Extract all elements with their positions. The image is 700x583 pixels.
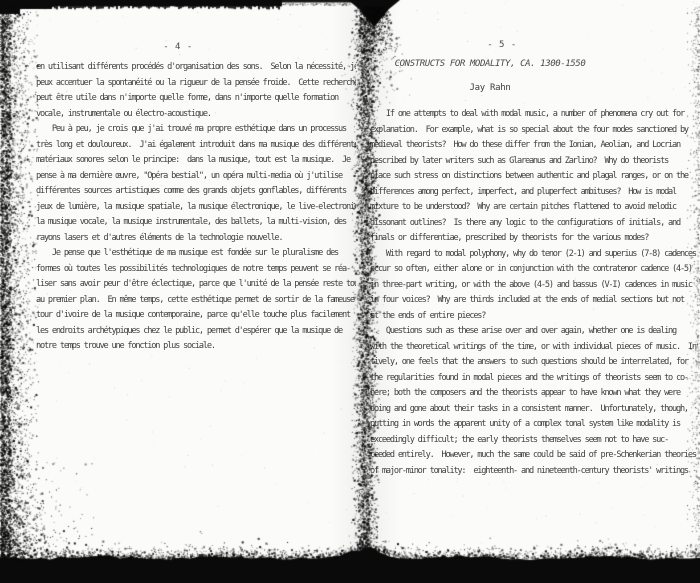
text-line: exceedingly difficult; the early theoris… — [370, 433, 698, 449]
left-page-number: - 4 - — [148, 42, 208, 52]
text-line: en utilisant différents procédés d'organ… — [36, 60, 356, 76]
text-line: très long et douloureux. J'ai également … — [36, 138, 356, 154]
text-line: tively, one feels that the answers to su… — [370, 355, 698, 371]
text-line: occur so often, either alone or in conju… — [370, 262, 698, 278]
text-line: dissonant outlines? Is there any logic t… — [370, 216, 698, 232]
text-line: peut être utile dans n'importe quelle fo… — [36, 91, 356, 107]
text-line: doing and gone about their tasks in a co… — [370, 402, 698, 418]
article-title: CONSTRUCTS FOR MODALITY, CA. 1300-1550 — [340, 59, 640, 69]
text-line: mixture to be understood? Why are certai… — [370, 200, 698, 216]
text-line: medieval theorists? How do these differ … — [370, 138, 698, 154]
right-page-text: If one attempts to deal with modal music… — [370, 107, 698, 481]
text-line: tour d'ivoire de la musique contemporain… — [36, 308, 356, 324]
text-line: in three-part writing, or with the above… — [370, 278, 698, 294]
text-line: la musique vocale, la musique instrument… — [36, 215, 356, 231]
text-line: described by later writers such as Glare… — [370, 154, 698, 170]
text-line: the regularities found in modal pieces a… — [370, 371, 698, 387]
text-line: explanation. For example, what is so spe… — [370, 123, 698, 139]
text-line: in four voices? Why are thirds included … — [370, 293, 698, 309]
text-line: différentes sources artistiques comme de… — [36, 184, 356, 200]
text-line: ceeded entirely. However, much the same … — [370, 448, 698, 464]
text-line: here; both the composers and the theoris… — [370, 386, 698, 402]
text-line: pense à ma dernière œuvre, "Opéra bestia… — [36, 169, 356, 185]
text-line: liser sans avoir peur d'être éclectique,… — [36, 277, 356, 293]
text-line: au premier plan. En même temps, cette es… — [36, 293, 356, 309]
text-line: of major-minor tonality: eighteenth- and… — [370, 464, 698, 480]
left-page-text: en utilisant différents procédés d'organ… — [36, 60, 356, 356]
right-page-number: - 5 - — [472, 40, 532, 50]
text-line: place such stress on distinctions betwee… — [370, 169, 698, 185]
text-line: Peu à peu, je crois que j'ai trouvé ma p… — [36, 122, 356, 138]
text-line: finals or differentiae, prescribed by th… — [370, 231, 698, 247]
text-line: notre temps trouve une fonction plus soc… — [36, 339, 356, 355]
text-line: rayons lasers et d'autres éléments de la… — [36, 231, 356, 247]
text-line: at the ends of entire pieces? — [370, 309, 698, 325]
text-line: Je pense que l'esthétique de ma musique … — [36, 246, 356, 262]
text-line: les endroits archétypiques chez le publi… — [36, 324, 356, 340]
text-line: With regard to modal polyphony, why do t… — [370, 247, 698, 263]
text-line: matériaux sonores selon le principe: dan… — [36, 153, 356, 169]
text-line: Questions such as these arise over and o… — [370, 324, 698, 340]
text-line: jeux de lumière, la musique spatiale, la… — [36, 200, 356, 216]
book-scan-spread: - 4 - en utilisant différents procédés d… — [0, 0, 700, 583]
text-line: formes où toutes les possibilités techno… — [36, 262, 356, 278]
text-line: differences among perfect, imperfect, an… — [370, 185, 698, 201]
text-line: with the theoretical writings of the tim… — [370, 340, 698, 356]
text-line: putting in words the apparent unity of a… — [370, 417, 698, 433]
article-author: Jay Rahn — [340, 83, 640, 93]
text-line: If one attempts to deal with modal music… — [370, 107, 698, 123]
text-line: vocale, instrumentale ou électro-acousti… — [36, 107, 356, 123]
text-line: peux accentuer la spontanéité ou la rigu… — [36, 76, 356, 92]
